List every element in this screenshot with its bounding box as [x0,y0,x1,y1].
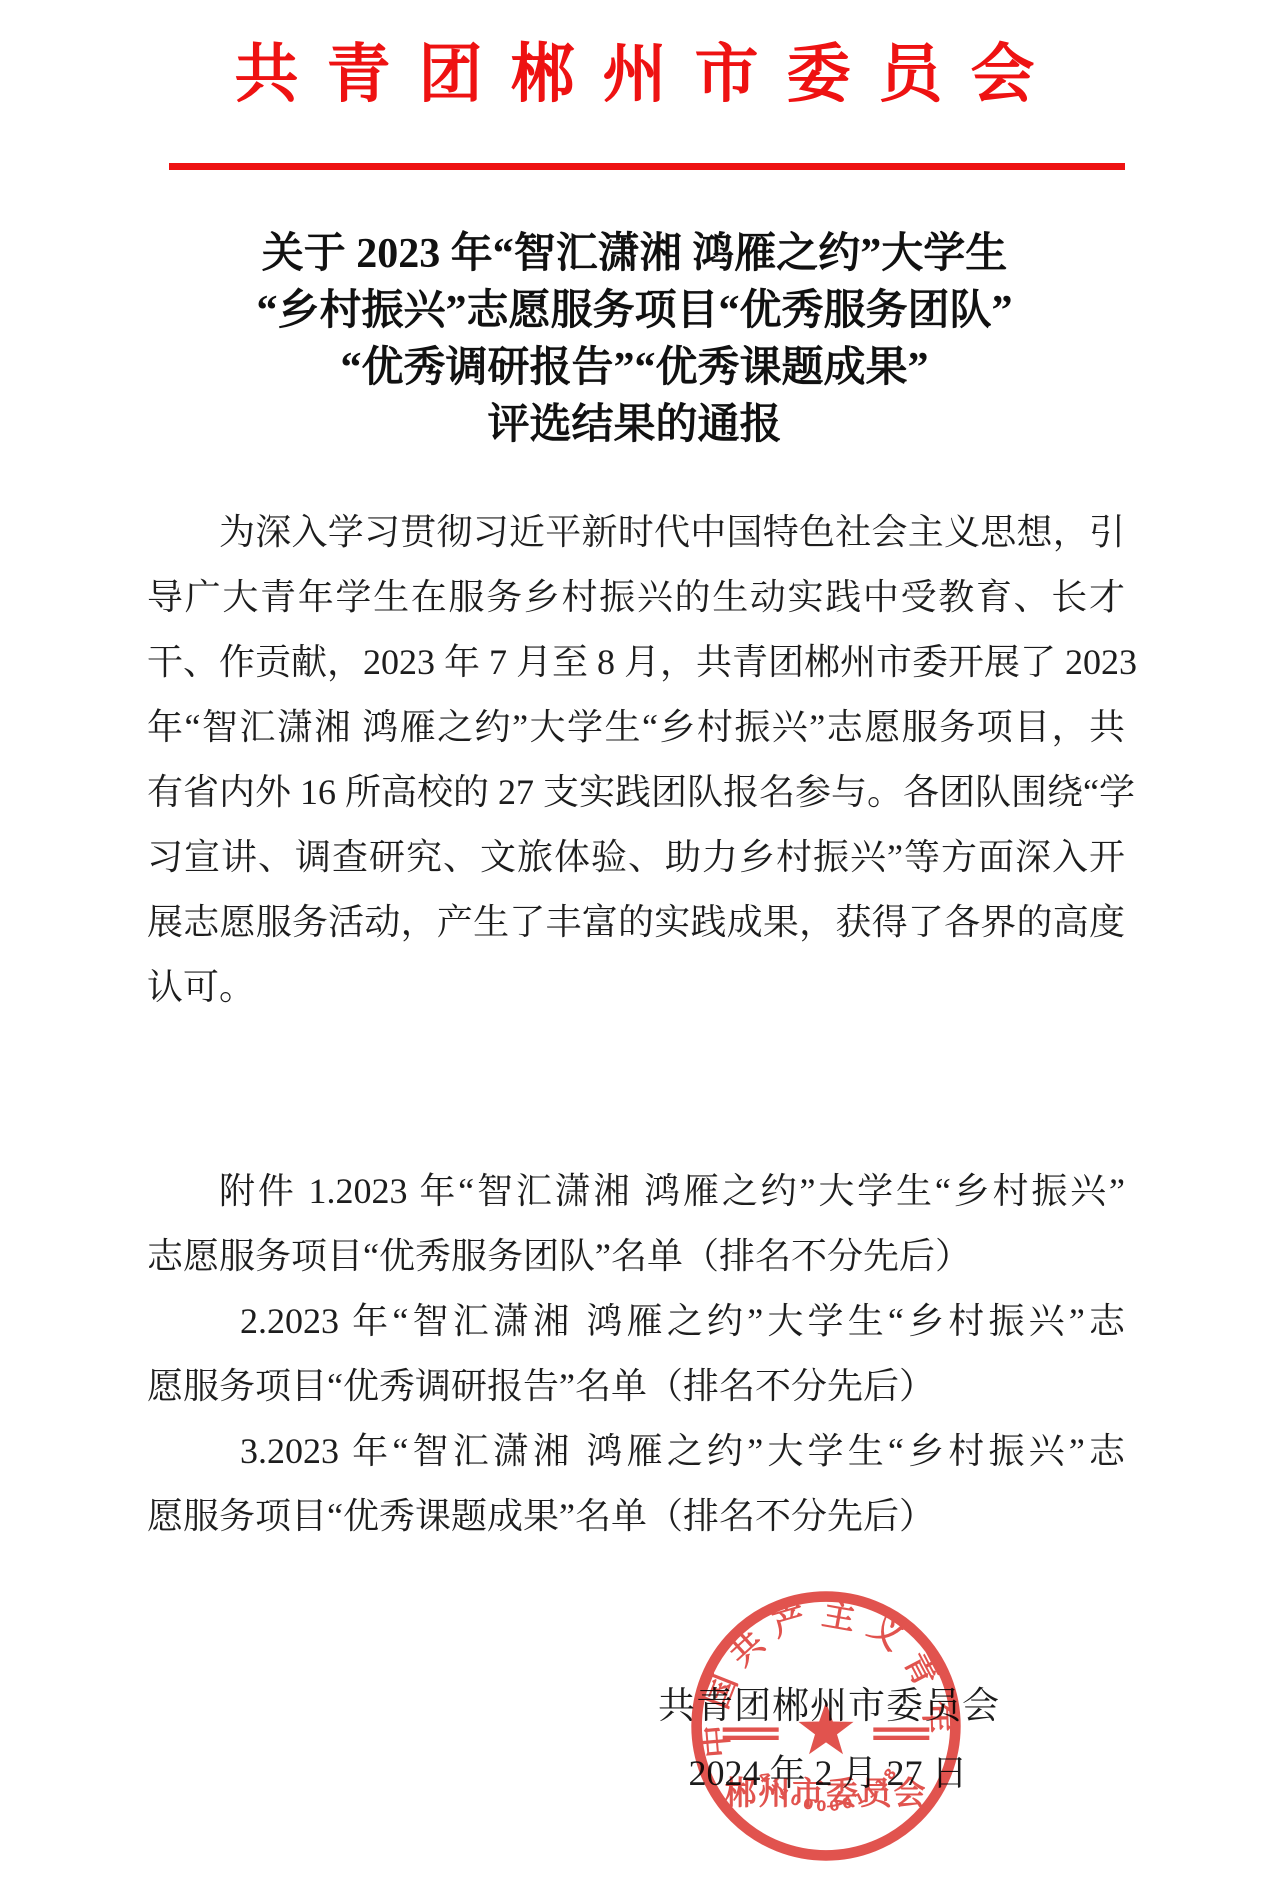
attachment-line: 志愿服务项目“优秀服务团队”名单（排名不分先后） [147,1224,1125,1289]
letterhead-divider [169,163,1125,170]
body-line: 习宣讲、调查研究、文旅体验、助力乡村振兴”等方面深入开 [147,825,1125,890]
attachment-line: 愿服务项目“优秀课题成果”名单（排名不分先后） [147,1484,1125,1549]
body-line: 年“智汇潇湘 鸿雁之约”大学生“乡村振兴”志愿服务项目，共 [147,695,1125,760]
title-line: “乡村振兴”志愿服务项目“优秀服务团队” [72,283,1197,340]
body-paragraph: 为深入学习贯彻习近平新时代中国特色社会主义思想，引 导广大青年学生在服务乡村振兴… [147,500,1125,1020]
body-line: 展志愿服务活动，产生了丰富的实践成果，获得了各界的高度 [147,890,1125,955]
attachment-line: 愿服务项目“优秀调研报告”名单（排名不分先后） [147,1354,1125,1419]
attachment-line: 3.2023 年“智汇潇湘 鸿雁之约”大学生“乡村振兴”志 [147,1419,1125,1484]
body-line: 导广大青年学生在服务乡村振兴的生动实践中受教育、长才 [147,565,1125,630]
title-line: 评选结果的通报 [72,397,1197,454]
attachment-line: 2.2023 年“智汇潇湘 鸿雁之约”大学生“乡村振兴”志 [147,1289,1125,1354]
letterhead-org-name: 共青团郴州市委员会 [0,33,1269,117]
title-line: 关于 2023 年“智汇潇湘 鸿雁之约”大学生 [72,226,1197,283]
attachments-list: 附件 1.2023 年“智汇潇湘 鸿雁之约”大学生“乡村振兴” 志愿服务项目“优… [147,1159,1125,1549]
seal-star-icon [723,1702,930,1754]
document-page: 共青团郴州市委员会 关于 2023 年“智汇潇湘 鸿雁之约”大学生 “乡村振兴”… [0,0,1269,1889]
body-line: 干、作贡献，2023 年 7 月至 8 月，共青团郴州市委开展了 2023 [147,630,1125,695]
body-line: 有省内外 16 所高校的 27 支实践团队报名参与。各团队围绕“学 [147,760,1125,825]
document-title: 关于 2023 年“智汇潇湘 鸿雁之约”大学生 “乡村振兴”志愿服务项目“优秀服… [72,226,1197,454]
title-line: “优秀调研报告”“优秀课题成果” [72,340,1197,397]
body-line: 为深入学习贯彻习近平新时代中国特色社会主义思想，引 [147,500,1125,565]
body-line: 认可。 [147,955,1125,1020]
attachment-line: 附件 1.2023 年“智汇潇湘 鸿雁之约”大学生“乡村振兴” [147,1159,1125,1224]
official-seal: 中国共产主义青年团 郴州市委员会 4310000011185 [686,1586,966,1866]
